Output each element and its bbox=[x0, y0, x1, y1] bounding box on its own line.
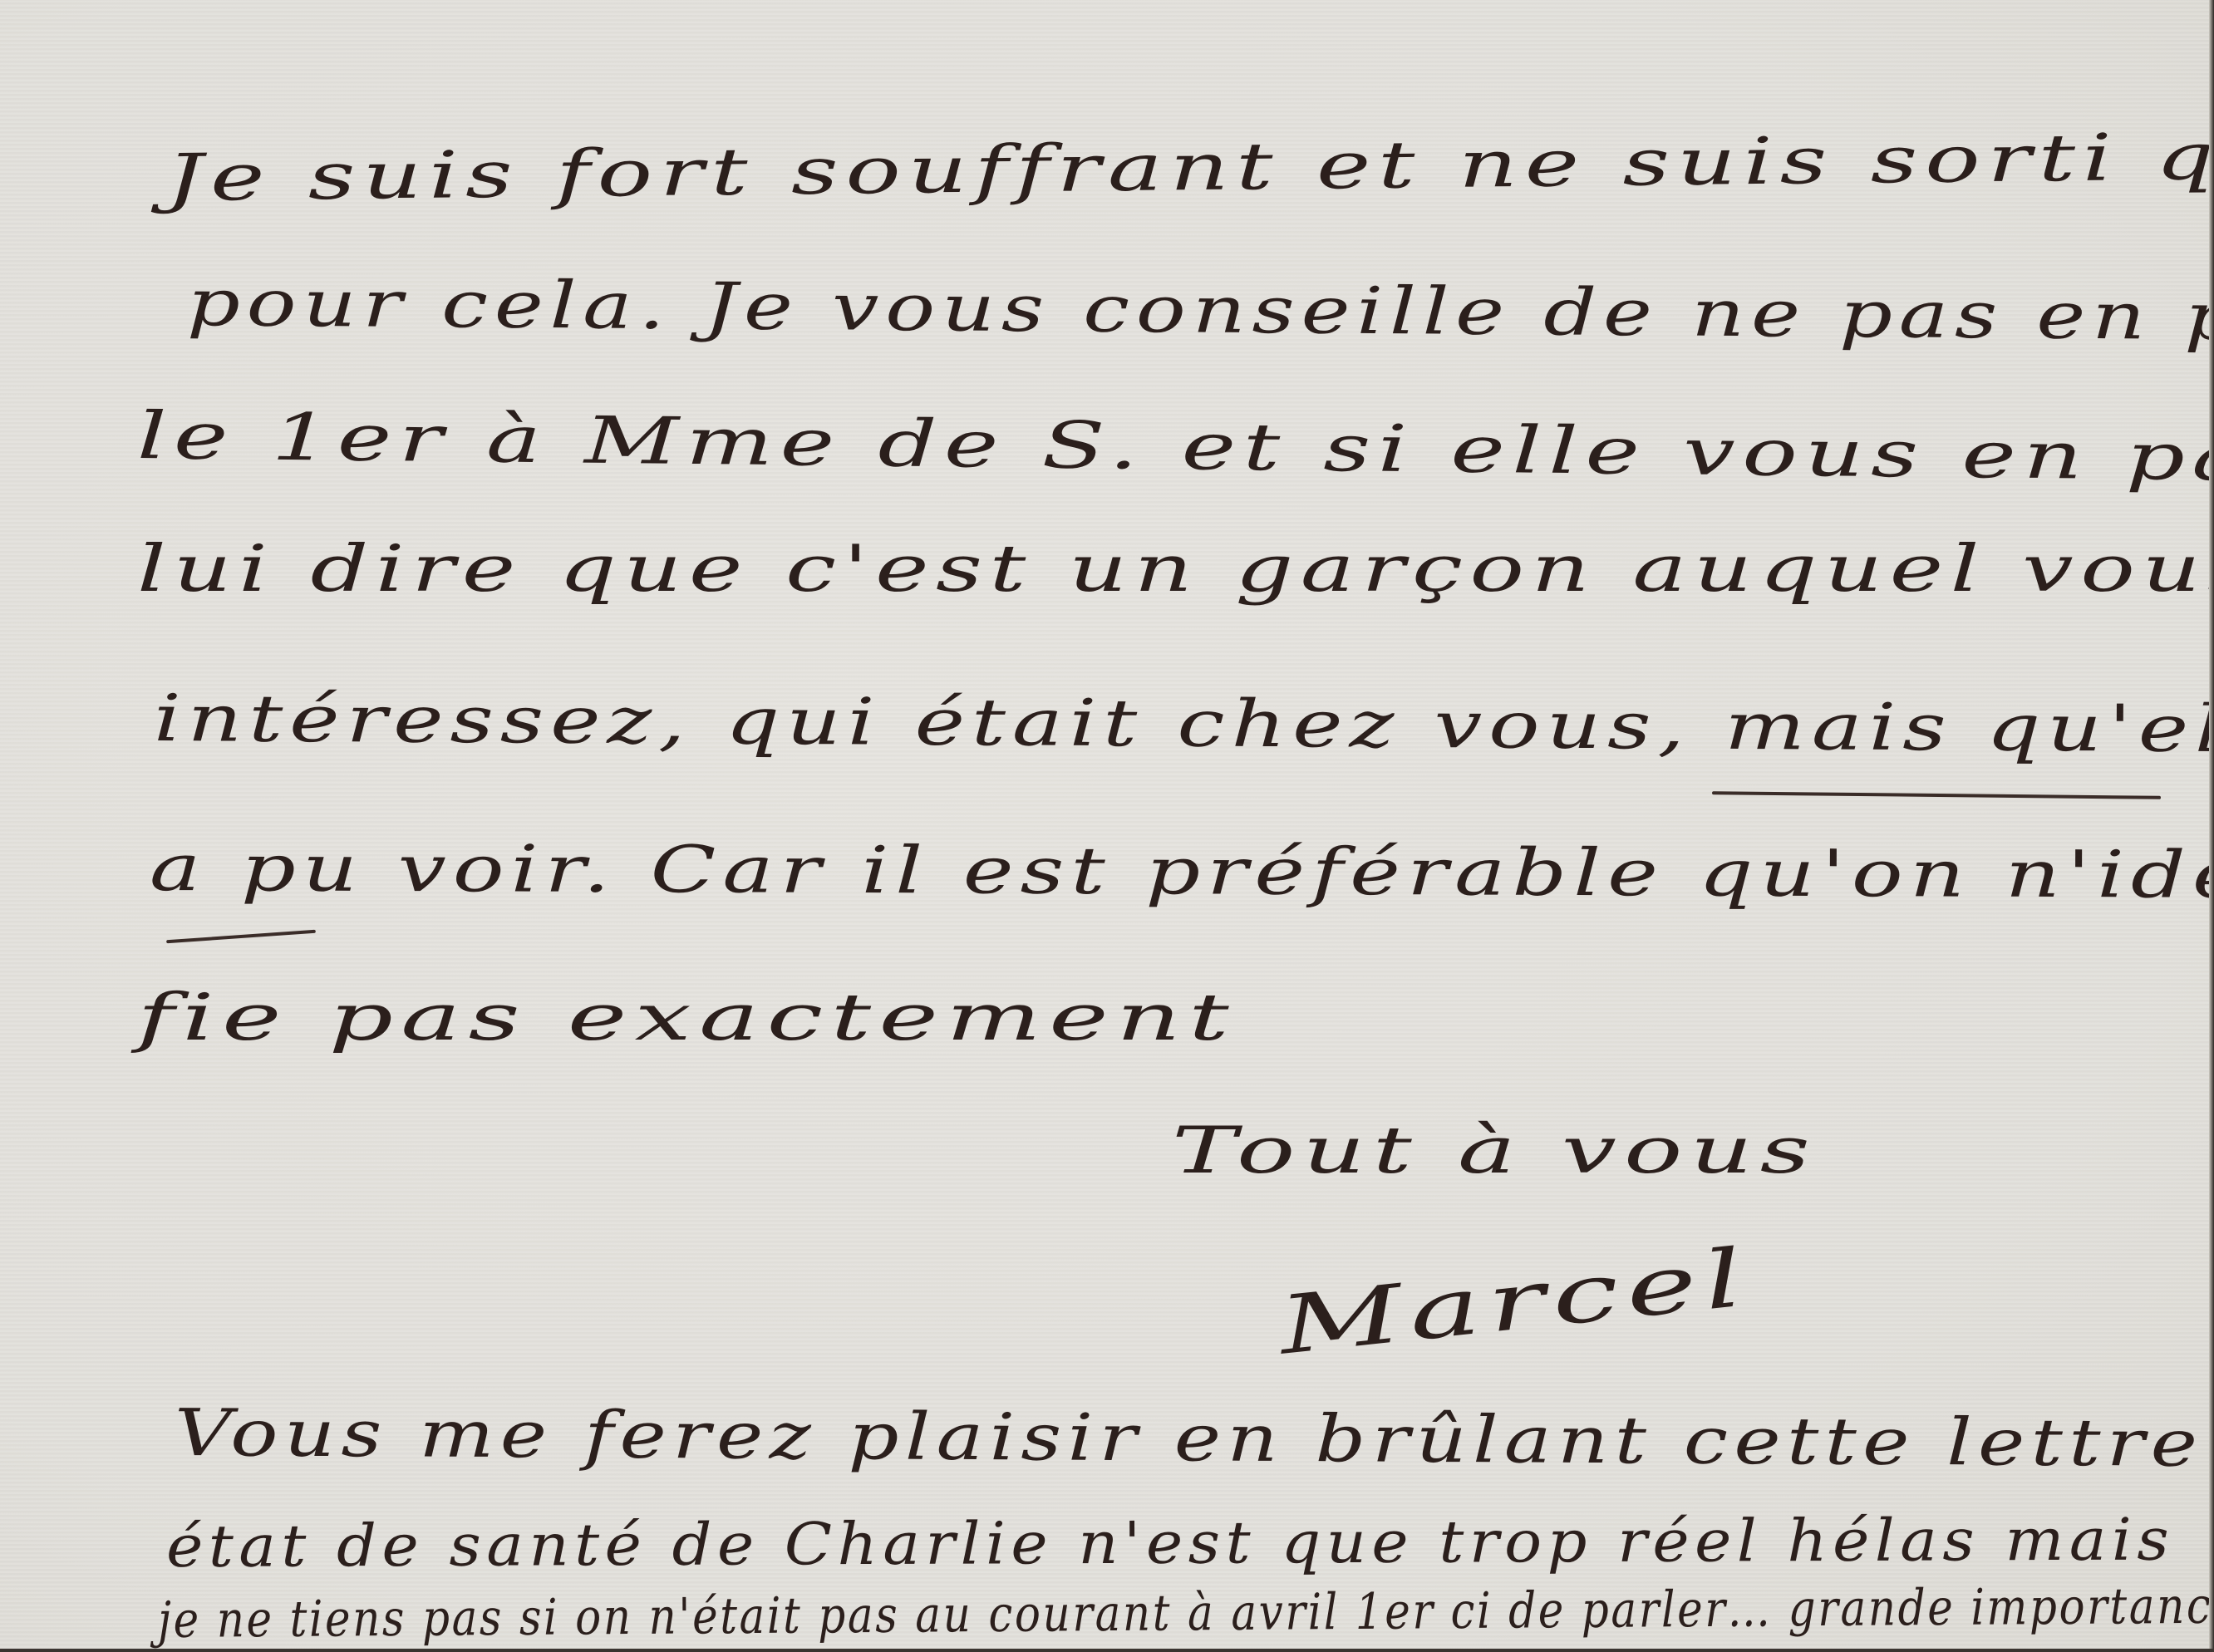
letter-closing: Tout à vous bbox=[1172, 1114, 1818, 1188]
letter-line-2: pour cela. Je vous conseille de ne pas e… bbox=[187, 266, 2214, 356]
postscript-line-3: je ne tiens pas si on n'était pas au cou… bbox=[158, 1577, 2214, 1650]
letter-line-4: lui dire que c'est un garçon auquel vous… bbox=[137, 532, 2214, 607]
paper-edge-right bbox=[2209, 0, 2214, 1652]
underline-quelle bbox=[1712, 791, 2161, 799]
letter-line-6: a pu voir. Car il est préférable qu'on n… bbox=[150, 831, 2214, 914]
letter-page: Je suis fort souffrant et ne suis sorti … bbox=[0, 0, 2214, 1652]
letter-signature: Marcel bbox=[1275, 1231, 1754, 1373]
letter-line-5: intéressez, qui était chez vous, mais qu… bbox=[154, 681, 2214, 768]
underline-pu bbox=[166, 930, 316, 944]
letter-line-3: le 1er à Mme de S. et si elle vous en pa… bbox=[137, 399, 2214, 499]
letter-line-7: fie pas exactement bbox=[137, 981, 1237, 1055]
postscript-line-2: état de santé de Charlie n'est que trop … bbox=[166, 1506, 2174, 1581]
letter-line-1: Je suis fort souffrant et ne suis sorti … bbox=[166, 118, 2214, 216]
postscript-line-1: Vous me ferez plaisir en brûlant cette l… bbox=[175, 1396, 2214, 1482]
paper-edge-bottom bbox=[0, 1649, 2214, 1652]
